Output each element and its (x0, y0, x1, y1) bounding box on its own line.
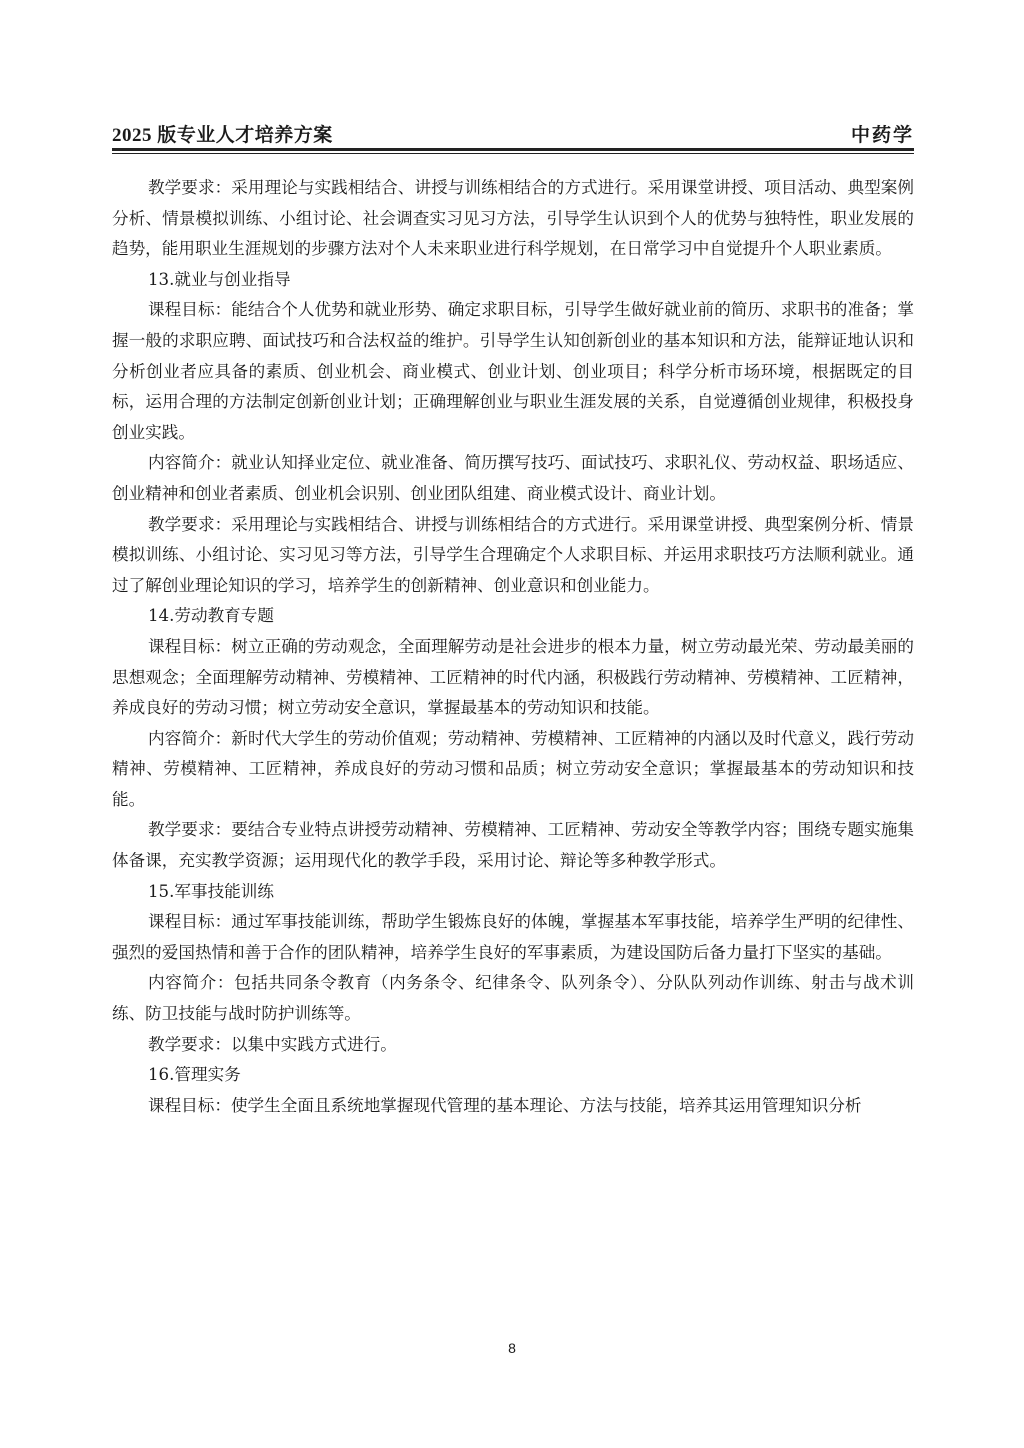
paragraph: 课程目标：使学生全面且系统地掌握现代管理的基本理论、方法与技能，培养其运用管理知… (112, 1091, 914, 1122)
header-rule-thick (112, 148, 914, 151)
paragraph: 内容简介：新时代大学生的劳动价值观；劳动精神、劳模精神、工匠精神的内涵以及时代意… (112, 724, 914, 816)
header-document-title: 2025 版专业人才培养方案 (112, 124, 333, 148)
section-heading-16: 16.管理实务 (112, 1060, 914, 1091)
paragraph: 教学要求：要结合专业特点讲授劳动精神、劳模精神、工匠精神、劳动安全等教学内容；围… (112, 815, 914, 876)
section-heading-15: 15.军事技能训练 (112, 877, 914, 908)
paragraph: 内容简介：就业认知择业定位、就业准备、简历撰写技巧、面试技巧、求职礼仪、劳动权益… (112, 448, 914, 509)
paragraph: 课程目标：通过军事技能训练，帮助学生锻炼良好的体魄，掌握基本军事技能，培养学生严… (112, 907, 914, 968)
paragraph: 课程目标：能结合个人优势和就业形势、确定求职目标，引导学生做好就业前的简历、求职… (112, 295, 914, 448)
paragraph: 内容简介：包括共同条令教育（内务条令、纪律条令、队列条令）、分队队列动作训练、射… (112, 968, 914, 1029)
header-major-name: 中药学 (851, 124, 914, 148)
page-body: 教学要求：采用理论与实践相结合、讲授与训练相结合的方式进行。采用课堂讲授、项目活… (112, 173, 914, 1121)
paragraph: 教学要求：采用理论与实践相结合、讲授与训练相结合的方式进行。采用课堂讲授、项目活… (112, 173, 914, 265)
section-heading-14: 14.劳动教育专题 (112, 601, 914, 632)
section-heading-13: 13.就业与创业指导 (112, 265, 914, 296)
paragraph: 教学要求：以集中实践方式进行。 (112, 1030, 914, 1061)
page-header: 2025 版专业人才培养方案 中药学 (112, 124, 914, 148)
header-rule-thin (112, 153, 914, 154)
paragraph: 教学要求：采用理论与实践相结合、讲授与训练相结合的方式进行。采用课堂讲授、典型案… (112, 510, 914, 602)
page-number: 8 (0, 1340, 1024, 1356)
paragraph: 课程目标：树立正确的劳动观念，全面理解劳动是社会进步的根本力量，树立劳动最光荣、… (112, 632, 914, 724)
document-page: 2025 版专业人才培养方案 中药学 教学要求：采用理论与实践相结合、讲授与训练… (0, 0, 1024, 1448)
